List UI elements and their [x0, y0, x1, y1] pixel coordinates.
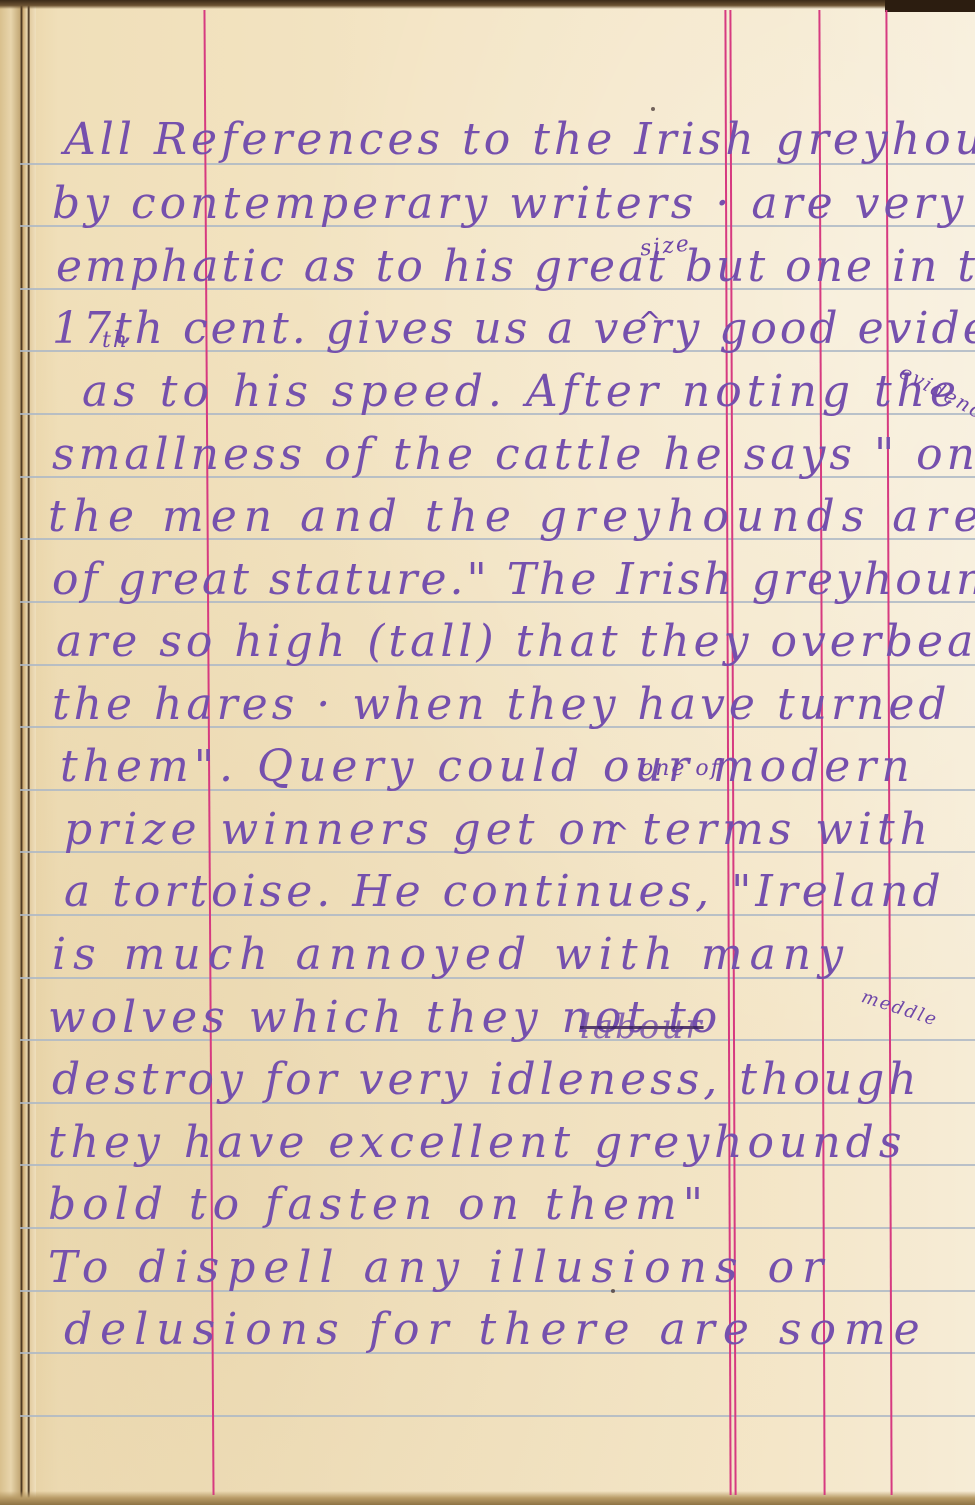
- text-line: 17th cent. gives us a very good evidence: [52, 307, 975, 351]
- ink-speck: [611, 1289, 615, 1293]
- text-line: All References to the Irish greyhound: [64, 118, 975, 162]
- struck-out-word: labour: [580, 1010, 704, 1044]
- text-line: them". Query could our modern: [60, 745, 915, 789]
- text-line: they have excellent greyhounds: [48, 1121, 906, 1165]
- insertion-caret: ^: [606, 816, 629, 849]
- text-line: a tortoise. He continues, "Ireland: [64, 870, 945, 914]
- text-line: as to his speed. After noting the: [82, 370, 961, 414]
- text-line: smallness of the cattle he says " only: [52, 433, 975, 477]
- ink-speck: [651, 107, 655, 111]
- text-line: the men and the greyhounds are: [48, 495, 975, 539]
- text-line: are so high (tall) that they overbear: [56, 620, 975, 664]
- text-line: delusions for there are some: [64, 1308, 928, 1352]
- text-line: is much annoyed with many: [52, 933, 850, 977]
- inserted-words-one-of: one of: [640, 758, 721, 780]
- text-line: by contemperary writers · are very: [52, 182, 967, 226]
- inserted-word-size: size: [639, 233, 692, 260]
- insertion-caret: ^: [638, 305, 661, 338]
- notebook-page: All References to the Irish greyhound by…: [0, 0, 975, 1505]
- text-line: of great stature." The Irish greyhounds: [52, 558, 975, 602]
- text-line: To dispell any illusions or: [48, 1246, 831, 1290]
- text-line: emphatic as to his great but one in the: [56, 245, 975, 289]
- text-line: prize winners get on terms with: [64, 808, 933, 852]
- text-line: the hares · when they have turned: [52, 683, 951, 727]
- handwritten-text: All References to the Irish greyhound by…: [0, 0, 975, 1505]
- text-line: destroy for very idleness, though: [52, 1058, 921, 1102]
- text-line: bold to fasten on them": [48, 1183, 709, 1227]
- inserted-word-meddle: meddle: [859, 988, 940, 1030]
- superscript-th: th: [102, 330, 129, 352]
